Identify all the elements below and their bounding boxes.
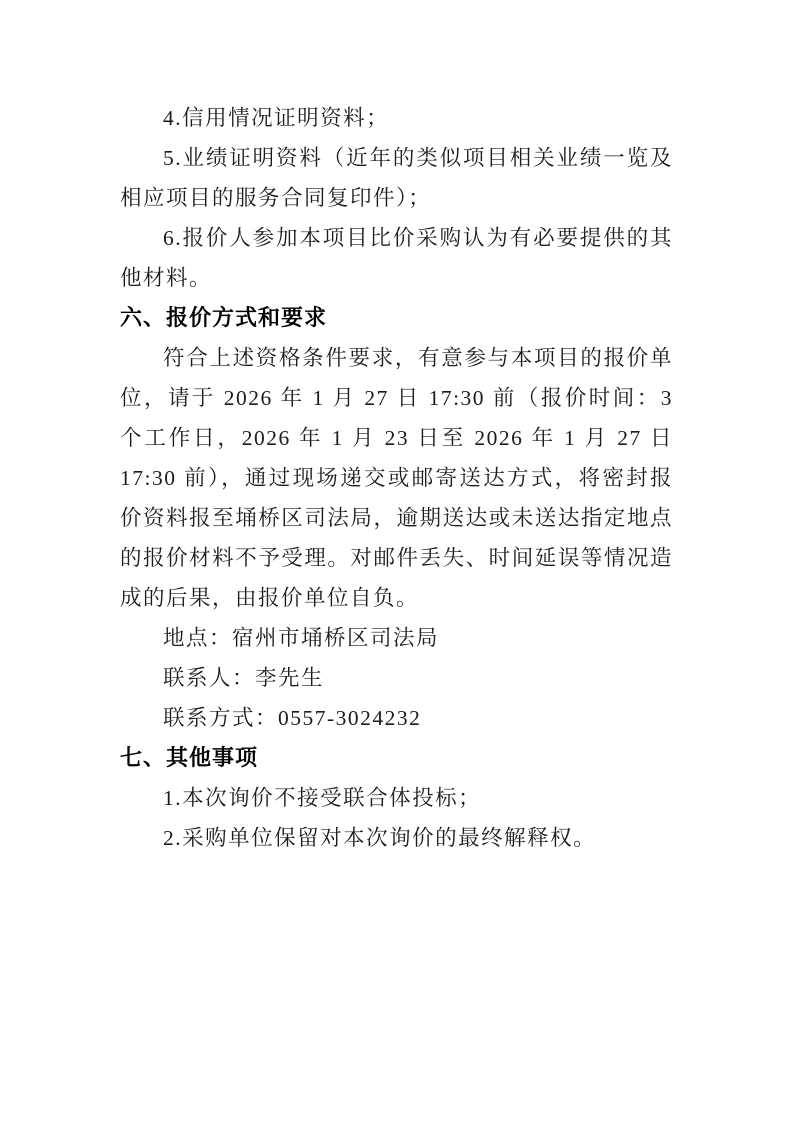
list-item-other-materials: 6.报价人参加本项目比价采购认为有必要提供的其他材料。 — [120, 218, 673, 298]
contact-number-line: 联系方式：0557-3024232 — [120, 698, 673, 738]
list-item-credit-proof: 4.信用情况证明资料； — [120, 98, 673, 138]
delivery-location-line: 地点：宿州市埇桥区司法局 — [120, 618, 673, 658]
document-page: { "page": { "background_color": "#ffffff… — [0, 0, 793, 1122]
contact-person-line: 联系人：李先生 — [120, 658, 673, 698]
other-item-no-consortium: 1.本次询价不接受联合体投标； — [120, 778, 673, 818]
other-item-final-interpretation: 2.采购单位保留对本次询价的最终解释权。 — [120, 818, 673, 858]
document-body: 4.信用情况证明资料； 5.业绩证明资料（近年的类似项目相关业绩一览及相应项目的… — [120, 98, 673, 858]
section-seven-heading: 七、其他事项 — [120, 738, 673, 778]
section-six-heading: 六、报价方式和要求 — [120, 298, 673, 338]
list-item-performance-proof: 5.业绩证明资料（近年的类似项目相关业绩一览及相应项目的服务合同复印件）； — [120, 138, 673, 218]
section-six-paragraph: 符合上述资格条件要求，有意参与本项目的报价单位，请于 2026 年 1 月 27… — [120, 338, 673, 618]
